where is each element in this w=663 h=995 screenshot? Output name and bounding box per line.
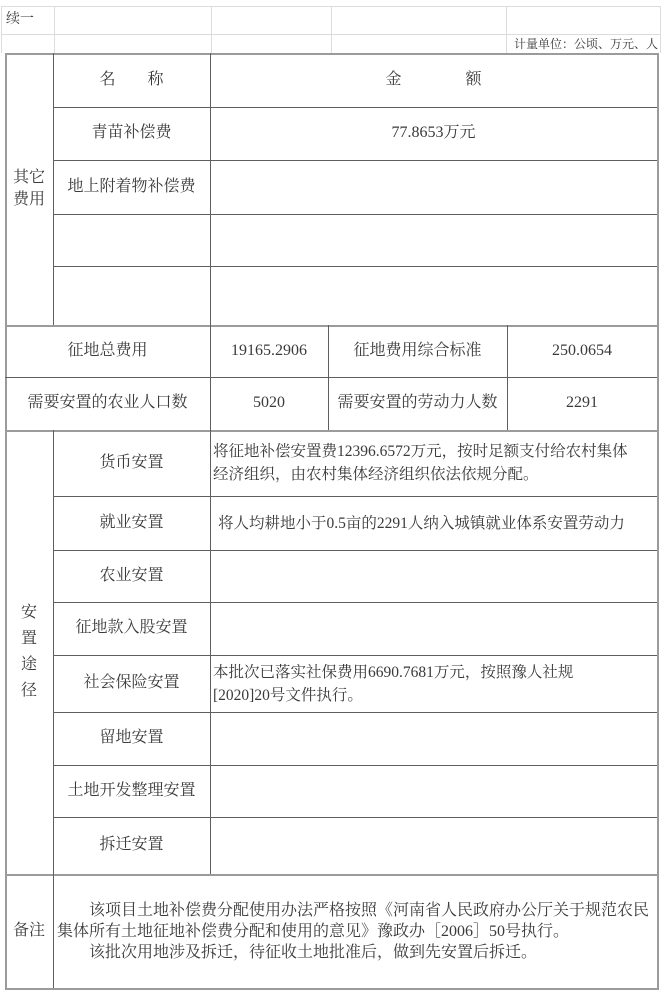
other-fees-row-amount: 77.8653万元 [210,107,657,160]
other-fees-row-name [53,214,210,266]
resettlement-row-label: 拆迁安置 [53,817,210,874]
resettlement-row-content [210,712,657,765]
summary-label: 征地总费用 [5,325,210,377]
unit-note: 计量单位：公顷、万元、人 [460,35,658,53]
other-fees-row-name [53,266,210,325]
grid-line [54,7,55,53]
summary-value: 19165.2906 [210,325,328,377]
resettlement-row-content [210,550,657,602]
resettlement-row-content: 本批次已落实社保费用6690.7681万元，按照豫人社规 [2020]20号文件… [210,655,657,712]
other-fees-row-name: 青苗补偿费 [53,107,210,160]
other-fees-row-amount [210,160,657,214]
resettlement-row-label: 征地款入股安置 [53,602,210,655]
resettlement-row-label: 农业安置 [53,550,210,602]
resettlement-row-content [210,765,657,817]
other-fees-header-amount: 金 额 [210,53,657,107]
resettlement-row-label: 就业安置 [53,496,210,550]
other-fees-row-amount [210,266,657,325]
other-fees-row-name: 地上附着物补偿费 [53,160,210,214]
remarks-content: 该项目土地补偿费分配使用办法严格按照《河南省人民政府办公厅关于规范农民 集体所有… [53,874,657,988]
summary-label: 需要安置的农业人口数 [5,377,210,430]
resettlement-row-label: 社会保险安置 [53,655,210,712]
resettlement-row-content [210,602,657,655]
resettlement-row-content: 将人均耕地小于0.5亩的2291人纳入城镇就业体系安置劳动力 [210,496,657,550]
other-fees-section-label: 其它费用 [5,53,53,325]
resettlement-section-label: 安置途径 [5,430,53,874]
summary-label: 需要安置的劳动力人数 [328,377,507,430]
table-line [5,988,659,990]
resettlement-row-label: 货币安置 [53,430,210,496]
grid-line [331,7,332,53]
summary-value: 5020 [210,377,328,430]
other-fees-header-name: 名 称 [53,53,210,107]
resettlement-row-content: 将征地补偿安置费12396.6572万元，按时足额支付给农村集体 经济组织，由农… [210,430,657,496]
summary-value: 250.0654 [507,325,657,377]
remarks-section-label: 备注 [5,874,53,988]
resettlement-row-label: 留地安置 [53,712,210,765]
summary-value: 2291 [507,377,657,430]
grid-line [211,7,212,53]
resettlement-row-content [210,817,657,874]
summary-label: 征地费用综合标准 [328,325,507,377]
continuation-label: 续一 [6,8,52,32]
table-line [657,53,659,990]
other-fees-row-amount [210,214,657,266]
resettlement-row-label: 土地开发整理安置 [53,765,210,817]
